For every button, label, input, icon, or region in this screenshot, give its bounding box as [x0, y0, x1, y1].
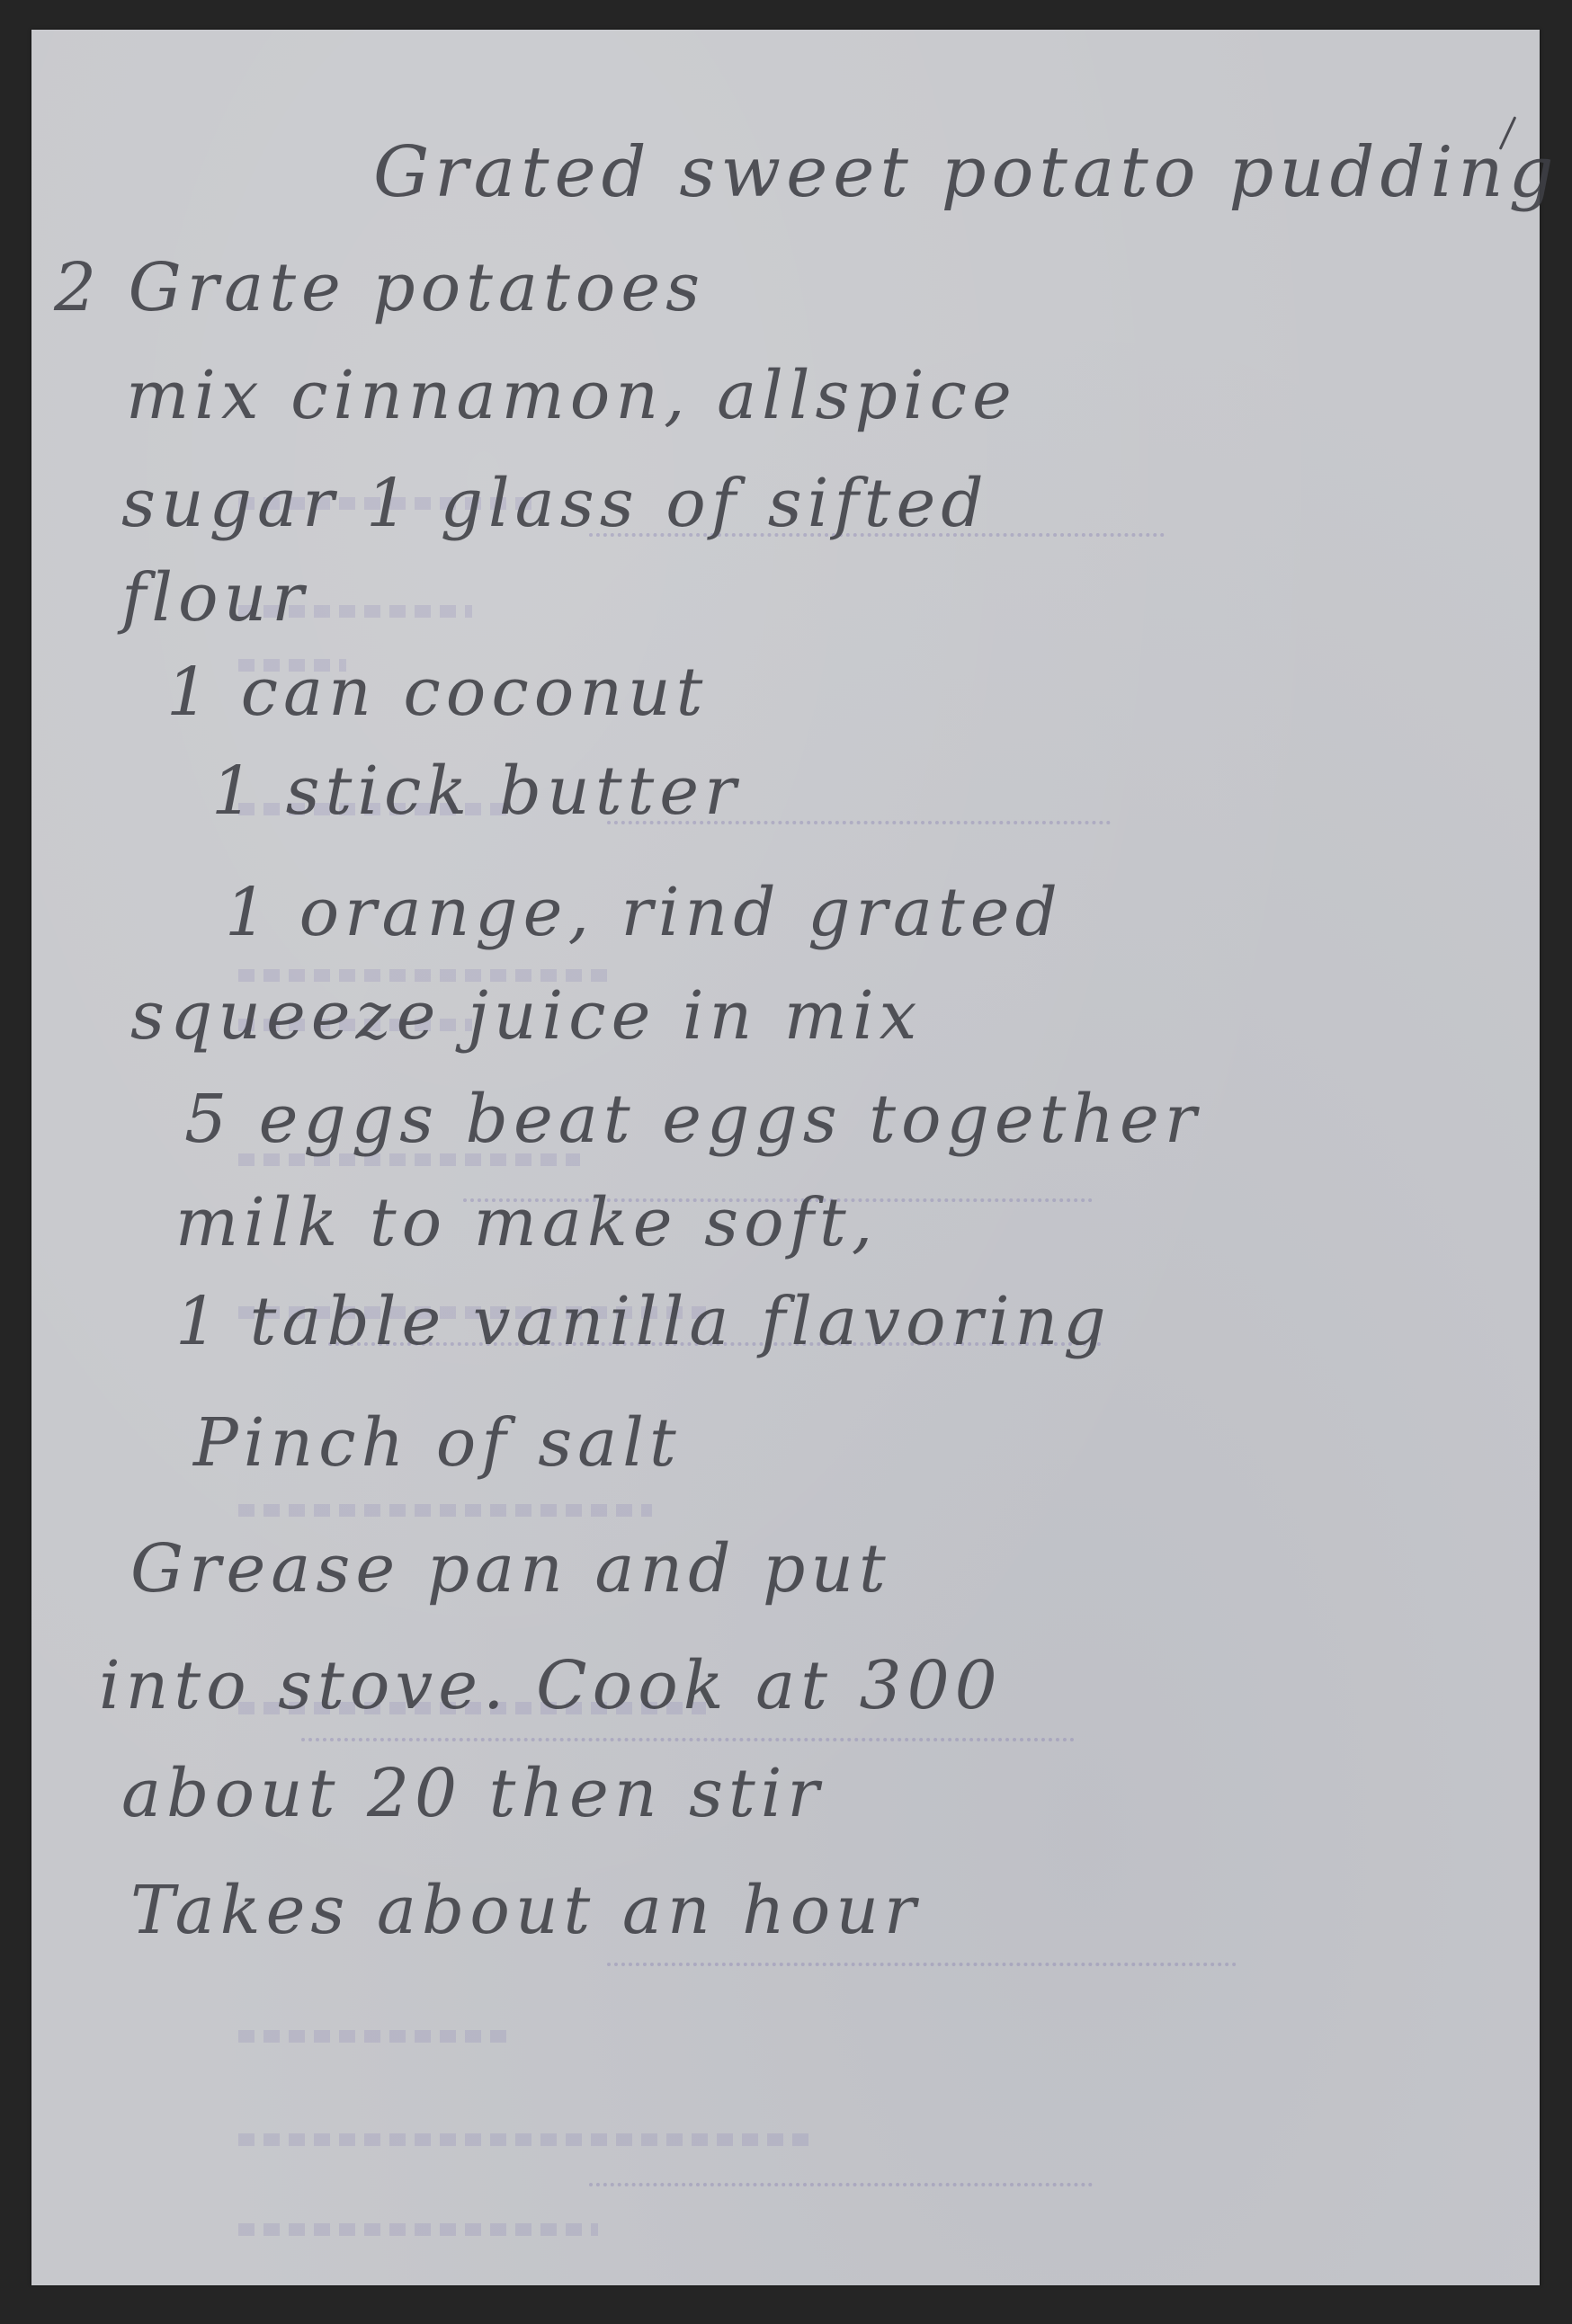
recipe-line: 5 eggs beat eggs together: [184, 1086, 1201, 1153]
recipe-line: 1 can coconut: [166, 659, 708, 726]
recipe-paper: Grated sweet potato pudding 2 Grate pota…: [31, 30, 1540, 2285]
recipe-line: squeeze juice in mix: [130, 983, 922, 1049]
recipe-line: 2 Grate potatoes: [54, 254, 705, 321]
bleed-through-text: [238, 2133, 814, 2146]
bleed-through-dotted-line: [589, 2183, 1093, 2186]
bleed-through-text: [238, 2223, 598, 2236]
recipe-line: sugar 1 glass of sifted: [121, 470, 989, 537]
recipe-line: flour: [121, 565, 309, 631]
bleed-through-dotted-line: [607, 1963, 1237, 1966]
recipe-line: Pinch of salt: [193, 1410, 682, 1476]
recipe-line: about 20 then stir: [121, 1760, 825, 1827]
recipe-line: mix cinnamon, allspice: [126, 362, 1017, 429]
bleed-through-text: [238, 2030, 508, 2043]
recipe-line: milk to make soft,: [175, 1189, 878, 1256]
recipe-line: into stove. Cook at 300: [99, 1652, 1003, 1719]
recipe-line: 1 orange, rind grated: [225, 879, 1063, 946]
recipe-line: Grease pan and put: [130, 1536, 891, 1602]
recipe-line: Takes about an hour: [130, 1877, 921, 1944]
recipe-line: 1 stick butter: [211, 758, 741, 824]
bleed-through-dotted-line: [301, 1738, 1075, 1741]
recipe-line: 1 table vanilla flavoring: [175, 1288, 1112, 1355]
recipe-title: Grated sweet potato pudding: [373, 138, 1559, 208]
bleed-through-text: [238, 1504, 652, 1517]
